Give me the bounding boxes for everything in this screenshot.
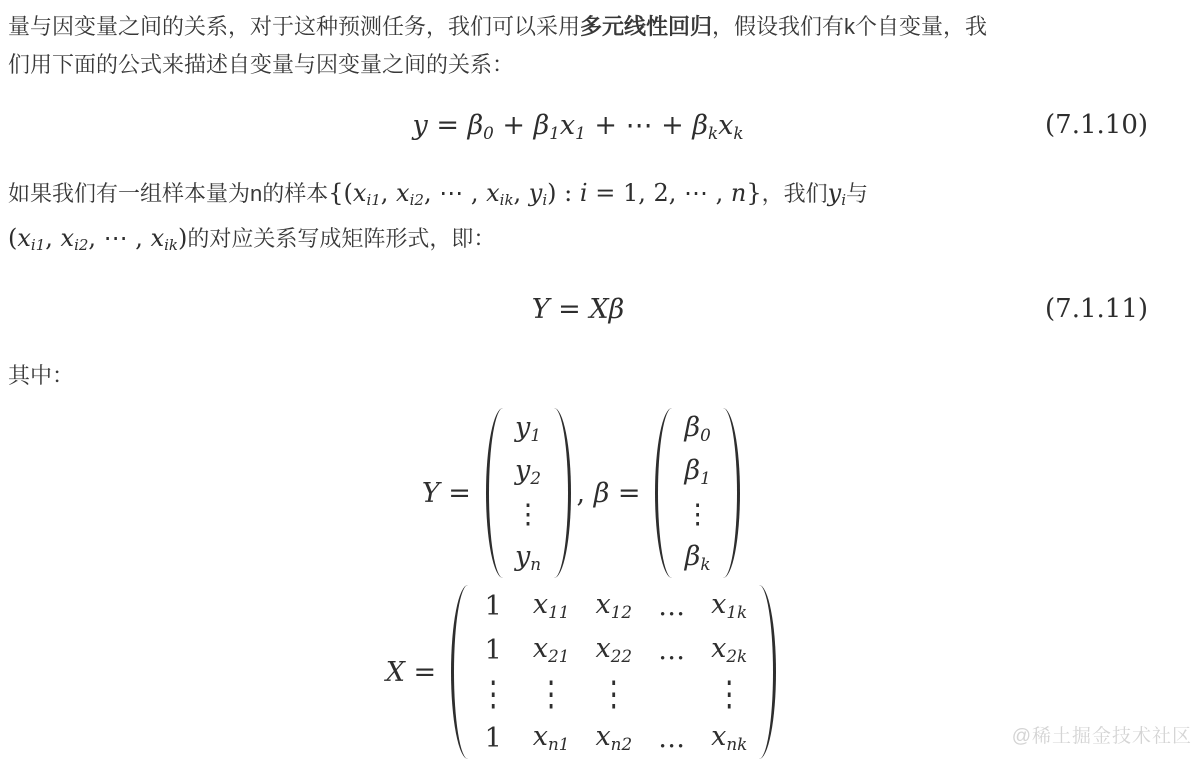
matrix-cell: ⋮: [480, 681, 507, 708]
matrix-cell: 1: [485, 637, 502, 664]
vector-Y-lhs: Y =: [422, 478, 480, 509]
definition-X-matrix: X = 1x11x12…x1k1x21x22…x2k⋮⋮⋮⋮1xn1xn2…xn…: [8, 584, 1148, 760]
matrix-cell: β0: [684, 414, 710, 444]
right-paren: [723, 408, 740, 578]
matrix-cell: ⋮: [600, 681, 627, 708]
matrix-cell: ⋮: [684, 501, 711, 528]
right-paren: [554, 408, 571, 578]
matrix-cell: …: [658, 593, 685, 620]
definition-Y-beta-vectors: Y = y1y2⋮yn , β = β0β1⋮βk: [8, 407, 1148, 579]
matrix-cell: xn1: [533, 723, 570, 753]
matrix-cell: y2: [515, 457, 541, 487]
left-paren: [486, 408, 503, 578]
matrix-cell: xn2: [595, 723, 632, 753]
equation-number: (7.1.10): [1045, 102, 1148, 148]
matrix-cell: x1k: [711, 591, 747, 621]
matrix-cell: 1: [485, 725, 502, 752]
left-paren: [655, 408, 672, 578]
left-paren: [451, 585, 468, 759]
matrix-cell: x12: [596, 591, 633, 621]
equation-number: (7.1.11): [1045, 286, 1148, 332]
matrix-cell: xnk: [711, 723, 747, 753]
matrix-cell: ⋮: [515, 501, 542, 528]
equation-7-1-11: Y = Xβ (7.1.11): [8, 286, 1148, 332]
article-content: 量与因变量之间的关系，对于这种预测任务，我们可以采用多元线性回归，假设我们有k个…: [0, 0, 1197, 760]
matrix-cell: β1: [684, 457, 710, 487]
equation-body: Y = Xβ: [532, 294, 624, 324]
matrix-cell: x22: [596, 635, 633, 665]
matrix-cell: x11: [533, 591, 570, 621]
paragraph-sample: 如果我们有一组样本量为n的样本{(xi1, xi2, ⋯ , xik, yi) …: [8, 174, 1148, 264]
vector-beta-lhs: , β =: [577, 478, 650, 509]
matrix-cell: 1: [485, 593, 502, 620]
matrix-cell: βk: [685, 543, 711, 573]
matrix-cell: …: [658, 725, 685, 752]
paragraph-where: 其中：: [8, 357, 1148, 395]
matrix-cell: y1: [515, 414, 541, 444]
vector-beta: β0β1⋮βk: [672, 407, 723, 579]
matrix-cell: ⋮: [716, 681, 743, 708]
vector-Y: y1y2⋮yn: [503, 407, 554, 579]
matrix-cell: yn: [515, 543, 541, 573]
matrix-X-lhs: X =: [386, 657, 445, 688]
matrix-cell: ⋮: [538, 681, 565, 708]
paragraph-intro: 量与因变量之间的关系，对于这种预测任务，我们可以采用多元线性回归，假设我们有k个…: [8, 8, 1148, 84]
equation-body: y = β0 + β1x1 + ⋯ + βkxk: [413, 110, 744, 140]
matrix-cell: x2k: [711, 635, 747, 665]
matrix-cell: x21: [533, 635, 570, 665]
matrix-X: 1x11x12…x1k1x21x22…x2k⋮⋮⋮⋮1xn1xn2…xnk: [468, 584, 760, 760]
equation-7-1-10: y = β0 + β1x1 + ⋯ + βkxk (7.1.10): [8, 102, 1148, 148]
watermark: @稀土掘金技术社区: [1012, 721, 1192, 748]
right-paren: [759, 585, 776, 759]
matrix-cell: …: [658, 637, 685, 664]
